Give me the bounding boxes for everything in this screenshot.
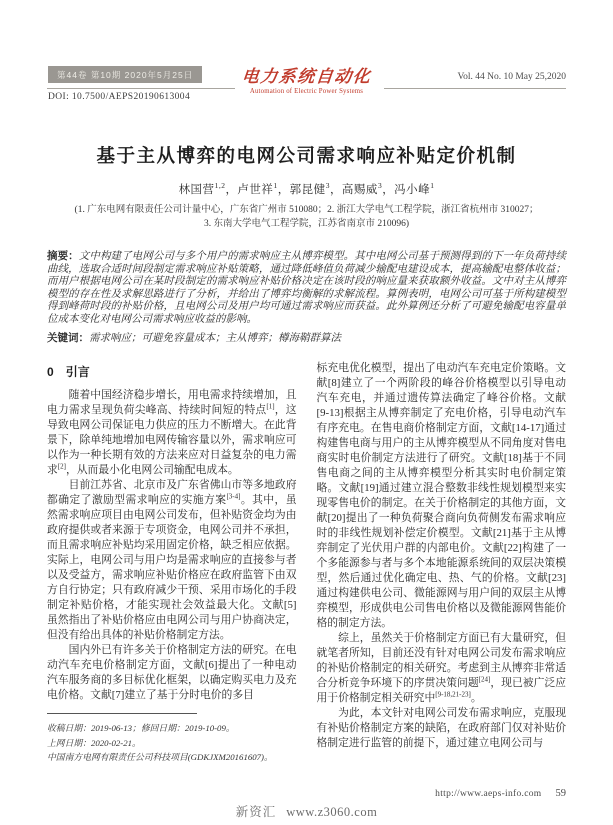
watermark: 新资汇www.z3060.com [0, 802, 613, 820]
paragraph: 为此，本文针对电网公司发布需求响应，克服现有补贴价格制定方案的缺陷，在政府部门仅… [317, 706, 567, 751]
article-title: 基于主从博弈的电网公司需求响应补贴定价机制 [47, 142, 566, 168]
footnote-funding: 中国南方电网有限责任公司科技项目(GDKJXM20161607)。 [47, 750, 297, 765]
journal-website-link[interactable]: http://www.aeps-info.com [435, 789, 541, 799]
paragraph: 综上，虽然关于价格制定方面已有大量研究，但就笔者所知，目前还没有针对电网公司发布… [317, 631, 567, 706]
header-rule-right [384, 88, 566, 89]
section-title: 引言 [66, 365, 90, 379]
keywords: 关键词：需求响应；可避免容量成本；主从博弈；樽海鞘群算法 [47, 333, 566, 346]
affiliation-line-1: (1. 广东电网有限责任公司计量中心，广东省广州市 510080；2. 浙江大学… [0, 204, 613, 218]
section-number: 0 [47, 365, 54, 379]
affiliation-line-2: 3. 东南大学电气工程学院，江苏省南京市 210096) [0, 218, 613, 232]
paragraph: 目前江苏省、北京市及广东省佛山市等多地政府都确定了激励型需求响应的实施方案[3-… [47, 478, 297, 643]
paragraph: 标充电优化模型，提出了电动汽车充电定价策略。文献[8]建立了一个两阶段的峰谷价格… [317, 361, 567, 631]
authors-line: 林国营1,2，卢世祥1，郭昆健3，高赐威3，冯小峰1 [0, 181, 613, 197]
journal-logo-english: Automation of Electric Power Systems [0, 88, 613, 95]
abstract: 摘要：文中构建了电网公司与多个用户的需求响应主从博弈模型。其中电网公司基于预测得… [47, 251, 566, 327]
abstract-label: 摘要： [47, 251, 79, 262]
paragraph: 国内外已有许多关于价格制定方法的研究。在电动汽车充电价格制定方面，文献[6]提出… [47, 643, 297, 703]
section-heading-introduction: 0引言 [47, 363, 297, 380]
paragraph: 随着中国经济稳步增长，用电需求持续增加，且电力需求呈现负荷尖峰高、持续时间短的特… [47, 388, 297, 478]
watermark-brand: 新资汇 [236, 805, 277, 819]
body-columns: 0引言 随着中国经济稳步增长，用电需求持续增加，且电力需求呈现负荷尖峰高、持续时… [47, 361, 566, 765]
right-column: 标充电优化模型，提出了电动汽车充电定价策略。文献[8]建立了一个两阶段的峰谷价格… [317, 361, 567, 765]
journal-logo-chinese: 电力系统自动化 [240, 62, 372, 87]
footnote-online-date: 上网日期：2020-02-21。 [47, 736, 297, 751]
page-footer: http://www.aeps-info.com59 [435, 788, 566, 799]
watermark-url-link[interactable]: www.z3060.com [286, 805, 377, 819]
volume-info: Vol. 44 No. 10 May 25,2020 [457, 72, 566, 82]
left-column: 0引言 随着中国经济稳步增长，用电需求持续增加，且电力需求呈现负荷尖峰高、持续时… [47, 361, 297, 765]
affiliations: (1. 广东电网有限责任公司计量中心，广东省广州市 510080；2. 浙江大学… [0, 204, 613, 231]
keywords-text: 需求响应；可避免容量成本；主从博弈；樽海鞘群算法 [89, 333, 341, 344]
footnote-block: 收稿日期：2019-06-13；修回日期：2019-10-09。 上网日期：20… [47, 713, 297, 765]
header-rule-left [47, 88, 235, 89]
footnote-received-date: 收稿日期：2019-06-13；修回日期：2019-10-09。 [47, 721, 297, 736]
page-number: 59 [556, 788, 567, 799]
journal-page: 第44卷 第10期 2020年5月25日 DOI: 10.7500/AEPS20… [0, 0, 613, 825]
abstract-text: 文中构建了电网公司与多个用户的需求响应主从博弈模型。其中电网公司基于预测得到的下… [47, 251, 566, 325]
keywords-label: 关键词： [47, 333, 89, 344]
footnote-rule [47, 713, 197, 714]
